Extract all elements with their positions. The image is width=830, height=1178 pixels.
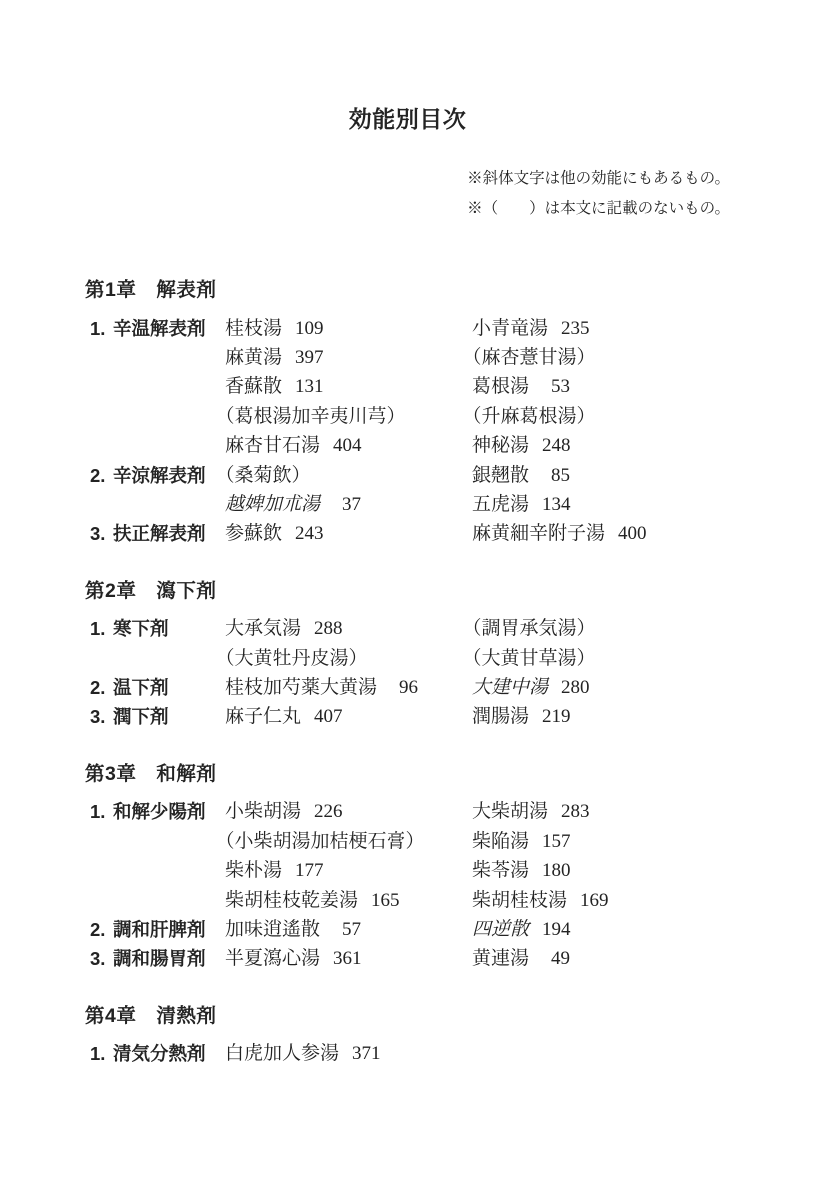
formula-row: （大黄甘草湯） — [472, 644, 730, 673]
formula-name: 小青竜湯 — [472, 318, 548, 339]
formula-column-2: 大柴胡湯283柴陥湯157柴苓湯180柴胡桂枝湯169 — [472, 797, 730, 915]
formula-page-number: 219 — [542, 702, 571, 731]
section-name: 清気分熱剤 — [113, 1043, 206, 1064]
formula-name: 越婢加朮湯 — [225, 494, 320, 515]
formula-name: 黄連湯 — [472, 948, 529, 969]
formula-row: 大柴胡湯283 — [472, 797, 730, 826]
chapter: 第3章 和解剤1.和解少陽剤小柴胡湯226（小柴胡湯加桔梗石膏）柴朴湯177柴胡… — [85, 760, 730, 974]
formula-page-number: 371 — [352, 1039, 381, 1068]
toc-page: 効能別目次 ※斜体文字は他の効能にもあるもの。 ※（ ）は本文に記載のないもの。… — [0, 0, 830, 1178]
formula-name: 潤腸湯 — [472, 706, 529, 727]
formula-row: 桂枝加芍薬大黄湯96 — [225, 673, 472, 702]
formula-page-number: 177 — [295, 856, 324, 885]
chapter-heading: 第4章 清熱剤 — [85, 1002, 730, 1032]
section-name: 潤下剤 — [113, 706, 169, 727]
formula-name: 小柴胡湯 — [225, 801, 301, 822]
formula-page-number: 361 — [333, 944, 362, 973]
formula-column-1: 麻子仁丸407 — [225, 702, 472, 731]
formula-name: 四逆散 — [472, 919, 529, 940]
formula-row: 香蘇散131 — [225, 372, 472, 401]
section: 3.調和腸胃剤半夏瀉心湯361黄連湯49 — [85, 944, 730, 973]
formula-row: 黄連湯49 — [472, 944, 730, 973]
formula-page-number: 288 — [314, 614, 343, 643]
section: 1.寒下剤大承気湯288（大黄牡丹皮湯）（調胃承気湯）（大黄甘草湯） — [85, 614, 730, 673]
formula-page-number: 180 — [542, 856, 571, 885]
section: 2.辛涼解表剤（桑菊飲）越婢加朮湯37銀翹散85五虎湯134 — [85, 461, 730, 520]
section-label: 1.清気分熱剤 — [85, 1039, 225, 1068]
section-name: 調和腸胃剤 — [113, 948, 206, 969]
formula-column-2: 麻黄細辛附子湯400 — [472, 519, 730, 548]
formula-page-number: 397 — [295, 343, 324, 372]
section-number: 3. — [90, 702, 113, 731]
formula-page-number: 226 — [314, 797, 343, 826]
formula-column-1: 小柴胡湯226（小柴胡湯加桔梗石膏）柴朴湯177柴胡桂枝乾姜湯165 — [225, 797, 472, 915]
section-number: 2. — [90, 915, 113, 944]
formula-name: （麻杏薏甘湯） — [463, 347, 596, 368]
formula-row: （調胃承気湯） — [472, 614, 730, 643]
section: 2.調和肝脾剤加味逍遙散57四逆散194 — [85, 915, 730, 944]
chapter-heading: 第1章 解表剤 — [85, 276, 730, 306]
chapter: 第2章 瀉下剤1.寒下剤大承気湯288（大黄牡丹皮湯）（調胃承気湯）（大黄甘草湯… — [85, 577, 730, 732]
formula-row: 麻黄細辛附子湯400 — [472, 519, 730, 548]
section-number: 2. — [90, 461, 113, 490]
formula-column-1: 白虎加人参湯371 — [225, 1039, 472, 1068]
formula-row: （升麻葛根湯） — [472, 402, 730, 431]
chapter: 第4章 清熱剤1.清気分熱剤白虎加人参湯371 — [85, 1002, 730, 1069]
formula-name: 大承気湯 — [225, 618, 301, 639]
chapter-heading: 第3章 和解剤 — [85, 760, 730, 790]
section-label: 3.扶正解表剤 — [85, 519, 225, 548]
formula-name: 葛根湯 — [472, 376, 529, 397]
formula-name: （升麻葛根湯） — [463, 406, 596, 427]
section-label: 3.潤下剤 — [85, 702, 225, 731]
formula-name: 加味逍遙散 — [225, 919, 320, 940]
formula-row: 越婢加朮湯37 — [225, 490, 472, 519]
formula-name: 銀翹散 — [472, 465, 529, 486]
section: 1.清気分熱剤白虎加人参湯371 — [85, 1039, 730, 1068]
section-number: 1. — [90, 614, 113, 643]
note-line: ※斜体文字は他の効能にもあるもの。 — [85, 164, 730, 194]
formula-name: （桑菊飲） — [216, 465, 311, 486]
formula-name: 麻杏甘石湯 — [225, 435, 320, 456]
formula-column-2: 潤腸湯219 — [472, 702, 730, 731]
formula-page-number: 85 — [542, 461, 570, 490]
formula-row: 四逆散194 — [472, 915, 730, 944]
section-number: 3. — [90, 519, 113, 548]
formula-row: 柴陥湯157 — [472, 827, 730, 856]
formula-page-number: 131 — [295, 372, 324, 401]
formula-page-number: 134 — [542, 490, 571, 519]
formula-name: 柴胡桂枝湯 — [472, 890, 567, 911]
formula-row: （桑菊飲） — [225, 461, 472, 490]
formula-row: 五虎湯134 — [472, 490, 730, 519]
section-label: 3.調和腸胃剤 — [85, 944, 225, 973]
formula-column-2: 四逆散194 — [472, 915, 730, 944]
note-line: ※（ ）は本文に記載のないもの。 — [85, 194, 730, 224]
formula-name: 五虎湯 — [472, 494, 529, 515]
formula-row: （大黄牡丹皮湯） — [225, 644, 472, 673]
formula-name: 柴苓湯 — [472, 860, 529, 881]
formula-row: 柴朴湯177 — [225, 856, 472, 885]
formula-row: 麻黄湯397 — [225, 343, 472, 372]
formula-name: 柴胡桂枝乾姜湯 — [225, 890, 358, 911]
formula-name: 参蘇飲 — [225, 523, 282, 544]
section: 3.潤下剤麻子仁丸407潤腸湯219 — [85, 702, 730, 731]
formula-name: 麻黄細辛附子湯 — [472, 523, 605, 544]
formula-page-number: 194 — [542, 915, 571, 944]
formula-row: 柴苓湯180 — [472, 856, 730, 885]
formula-page-number: 37 — [333, 490, 361, 519]
formula-name: 柴陥湯 — [472, 831, 529, 852]
formula-page-number: 235 — [561, 314, 590, 343]
formula-column-2: 黄連湯49 — [472, 944, 730, 973]
formula-name: （大黄牡丹皮湯） — [216, 648, 368, 669]
formula-row: 麻杏甘石湯404 — [225, 431, 472, 460]
formula-page-number: 165 — [371, 886, 400, 915]
chapter-heading: 第2章 瀉下剤 — [85, 577, 730, 607]
chapter: 第1章 解表剤1.辛温解表剤桂枝湯109麻黄湯397香蘇散131（葛根湯加辛夷川… — [85, 276, 730, 549]
section-name: 辛涼解表剤 — [113, 465, 206, 486]
formula-page-number: 243 — [295, 519, 324, 548]
section-label: 1.辛温解表剤 — [85, 314, 225, 343]
formula-column-2: 小青竜湯235（麻杏薏甘湯）葛根湯53（升麻葛根湯）神秘湯248 — [472, 314, 730, 461]
section-name: 和解少陽剤 — [113, 801, 206, 822]
formula-name: 神秘湯 — [472, 435, 529, 456]
formula-row: 銀翹散85 — [472, 461, 730, 490]
section-number: 1. — [90, 1039, 113, 1068]
formula-page-number: 404 — [333, 431, 362, 460]
formula-page-number: 400 — [618, 519, 647, 548]
section: 1.辛温解表剤桂枝湯109麻黄湯397香蘇散131（葛根湯加辛夷川芎）麻杏甘石湯… — [85, 314, 730, 461]
formula-row: 潤腸湯219 — [472, 702, 730, 731]
formula-page-number: 248 — [542, 431, 571, 460]
section-label: 2.温下剤 — [85, 673, 225, 702]
formula-row: 大承気湯288 — [225, 614, 472, 643]
section-label: 2.調和肝脾剤 — [85, 915, 225, 944]
formula-page-number: 49 — [542, 944, 570, 973]
formula-row: （葛根湯加辛夷川芎） — [225, 402, 472, 431]
section-label: 1.寒下剤 — [85, 614, 225, 643]
section-number: 2. — [90, 673, 113, 702]
formula-column-2: 大建中湯280 — [472, 673, 730, 702]
formula-page-number: 53 — [542, 372, 570, 401]
formula-name: 麻黄湯 — [225, 347, 282, 368]
toc: 第1章 解表剤1.辛温解表剤桂枝湯109麻黄湯397香蘇散131（葛根湯加辛夷川… — [85, 276, 730, 1069]
formula-row: （小柴胡湯加桔梗石膏） — [225, 827, 472, 856]
formula-row: 加味逍遙散57 — [225, 915, 472, 944]
section-name: 温下剤 — [113, 677, 169, 698]
formula-name: （葛根湯加辛夷川芎） — [216, 406, 406, 427]
formula-page-number: 280 — [561, 673, 590, 702]
formula-page-number: 157 — [542, 827, 571, 856]
formula-row: 小青竜湯235 — [472, 314, 730, 343]
section: 1.和解少陽剤小柴胡湯226（小柴胡湯加桔梗石膏）柴朴湯177柴胡桂枝乾姜湯16… — [85, 797, 730, 915]
section-name: 調和肝脾剤 — [113, 919, 206, 940]
formula-row: 白虎加人参湯371 — [225, 1039, 472, 1068]
formula-page-number: 57 — [333, 915, 361, 944]
formula-page-number: 109 — [295, 314, 324, 343]
formula-name: （小柴胡湯加桔梗石膏） — [216, 831, 425, 852]
formula-name: 大建中湯 — [472, 677, 548, 698]
formula-column-1: 大承気湯288（大黄牡丹皮湯） — [225, 614, 472, 673]
formula-name: 桂枝加芍薬大黄湯 — [225, 677, 377, 698]
section-number: 3. — [90, 944, 113, 973]
formula-name: 香蘇散 — [225, 376, 282, 397]
formula-row: 柴胡桂枝乾姜湯165 — [225, 886, 472, 915]
formula-row: 大建中湯280 — [472, 673, 730, 702]
formula-name: （調胃承気湯） — [463, 618, 596, 639]
formula-column-2: （調胃承気湯）（大黄甘草湯） — [472, 614, 730, 673]
section: 2.温下剤桂枝加芍薬大黄湯96大建中湯280 — [85, 673, 730, 702]
formula-name: 柴朴湯 — [225, 860, 282, 881]
formula-name: （大黄甘草湯） — [463, 648, 596, 669]
section-name: 寒下剤 — [113, 618, 169, 639]
section-label: 1.和解少陽剤 — [85, 797, 225, 826]
formula-page-number: 96 — [390, 673, 418, 702]
notes-block: ※斜体文字は他の効能にもあるもの。 ※（ ）は本文に記載のないもの。 — [85, 164, 730, 223]
formula-column-1: 桂枝湯109麻黄湯397香蘇散131（葛根湯加辛夷川芎）麻杏甘石湯404 — [225, 314, 472, 461]
formula-row: 桂枝湯109 — [225, 314, 472, 343]
formula-row: 小柴胡湯226 — [225, 797, 472, 826]
section: 3.扶正解表剤参蘇飲243麻黄細辛附子湯400 — [85, 519, 730, 548]
section-number: 1. — [90, 797, 113, 826]
section-name: 扶正解表剤 — [113, 523, 206, 544]
section-label: 2.辛涼解表剤 — [85, 461, 225, 490]
formula-row: （麻杏薏甘湯） — [472, 343, 730, 372]
formula-column-1: 参蘇飲243 — [225, 519, 472, 548]
formula-row: 麻子仁丸407 — [225, 702, 472, 731]
formula-page-number: 169 — [580, 886, 609, 915]
formula-page-number: 283 — [561, 797, 590, 826]
formula-column-1: 半夏瀉心湯361 — [225, 944, 472, 973]
formula-name: 麻子仁丸 — [225, 706, 301, 727]
formula-row: 葛根湯53 — [472, 372, 730, 401]
formula-column-2: 銀翹散85五虎湯134 — [472, 461, 730, 520]
formula-column-1: 桂枝加芍薬大黄湯96 — [225, 673, 472, 702]
formula-row: 神秘湯248 — [472, 431, 730, 460]
formula-name: 半夏瀉心湯 — [225, 948, 320, 969]
formula-row: 柴胡桂枝湯169 — [472, 886, 730, 915]
formula-name: 桂枝湯 — [225, 318, 282, 339]
formula-name: 大柴胡湯 — [472, 801, 548, 822]
section-number: 1. — [90, 314, 113, 343]
formula-name: 白虎加人参湯 — [225, 1043, 339, 1064]
formula-column-1: （桑菊飲）越婢加朮湯37 — [225, 461, 472, 520]
formula-page-number: 407 — [314, 702, 343, 731]
section-name: 辛温解表剤 — [113, 318, 206, 339]
formula-column-1: 加味逍遙散57 — [225, 915, 472, 944]
formula-row: 参蘇飲243 — [225, 519, 472, 548]
page-title: 効能別目次 — [85, 0, 730, 134]
formula-row: 半夏瀉心湯361 — [225, 944, 472, 973]
